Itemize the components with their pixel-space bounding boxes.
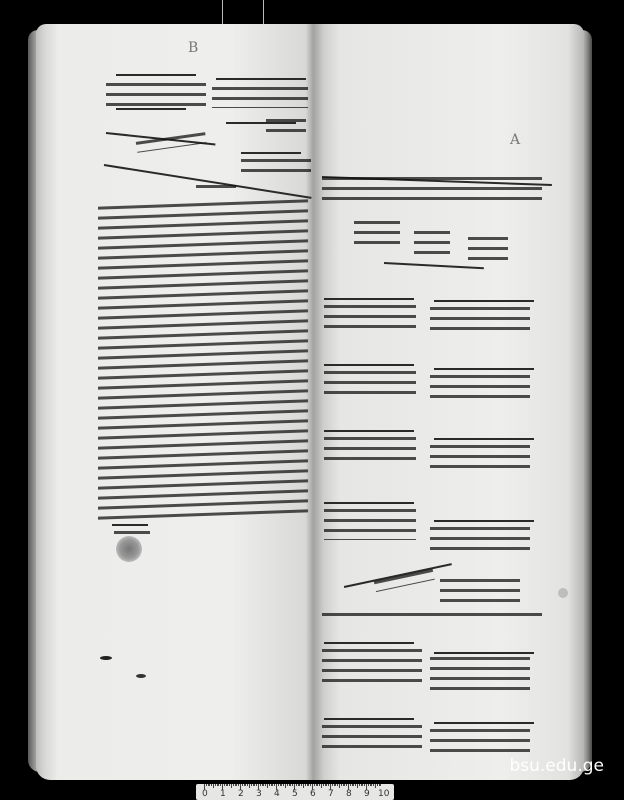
register-entry [440, 576, 520, 606]
register-entry [354, 218, 400, 248]
ruler-number: 5 [292, 789, 298, 799]
header-entry [212, 84, 308, 108]
page-label-b: B [188, 40, 198, 56]
header-entry [266, 116, 306, 134]
register-entry [430, 726, 530, 756]
date-entry [196, 182, 236, 192]
rule-line [241, 152, 301, 154]
header-entry [241, 156, 311, 174]
register-entry [324, 506, 416, 540]
register-entry [430, 442, 530, 474]
ruler-number: 7 [328, 789, 334, 799]
register-entry [324, 302, 416, 332]
rule-line [324, 718, 414, 720]
rule-line [324, 364, 414, 366]
top-cord [222, 0, 223, 24]
right-page: A [314, 24, 584, 780]
register-entry [324, 434, 416, 466]
ruler-number: 10 [378, 789, 389, 799]
seal-stamp [116, 536, 142, 562]
register-entry [414, 228, 450, 258]
rule-line [434, 722, 534, 724]
ruler-number: 2 [238, 789, 244, 799]
rule-line [216, 78, 306, 80]
rule-line [116, 74, 196, 76]
ruler-tick [380, 784, 381, 786]
ruler-number: 0 [202, 789, 208, 799]
top-cord [263, 0, 264, 24]
ruler-number: 6 [310, 789, 316, 799]
ruler-number: 8 [346, 789, 352, 799]
header-entry [106, 80, 206, 106]
heading-text [322, 610, 542, 618]
rule-line [324, 298, 414, 300]
rule-line [324, 502, 414, 504]
rule-line [434, 438, 534, 440]
register-entry [324, 368, 416, 400]
ruler-number: 4 [274, 789, 280, 799]
register-entry [468, 234, 508, 264]
ruler-number: 3 [256, 789, 262, 799]
page-label-a: A [510, 132, 520, 148]
rule-line [324, 430, 414, 432]
rule-line [324, 642, 414, 644]
ruler-number: 1 [220, 789, 226, 799]
register-entry [430, 304, 530, 334]
heading-text [322, 174, 542, 204]
watermark: bsu.edu.ge [509, 756, 604, 776]
register-entry [322, 646, 422, 682]
rule-line [434, 368, 534, 370]
rule-line [434, 300, 534, 302]
stain [558, 588, 568, 598]
register-entry [322, 722, 422, 754]
ink-mark [100, 656, 112, 660]
left-page: B [36, 24, 314, 780]
signature-line [112, 524, 148, 526]
manuscript-book: B A [28, 24, 592, 784]
register-entry [430, 524, 530, 554]
main-text-block [98, 196, 308, 523]
rule-line [434, 520, 534, 522]
register-entry [430, 654, 530, 690]
header-entry [135, 129, 206, 153]
ink-mark [136, 674, 146, 678]
register-entry [373, 566, 435, 592]
signature [114, 528, 150, 536]
rule-line [116, 108, 186, 110]
register-entry [430, 372, 530, 404]
ruler-number: 9 [364, 789, 370, 799]
scale-ruler: 0 1 2 3 4 5 6 7 8 9 10 [196, 784, 394, 800]
